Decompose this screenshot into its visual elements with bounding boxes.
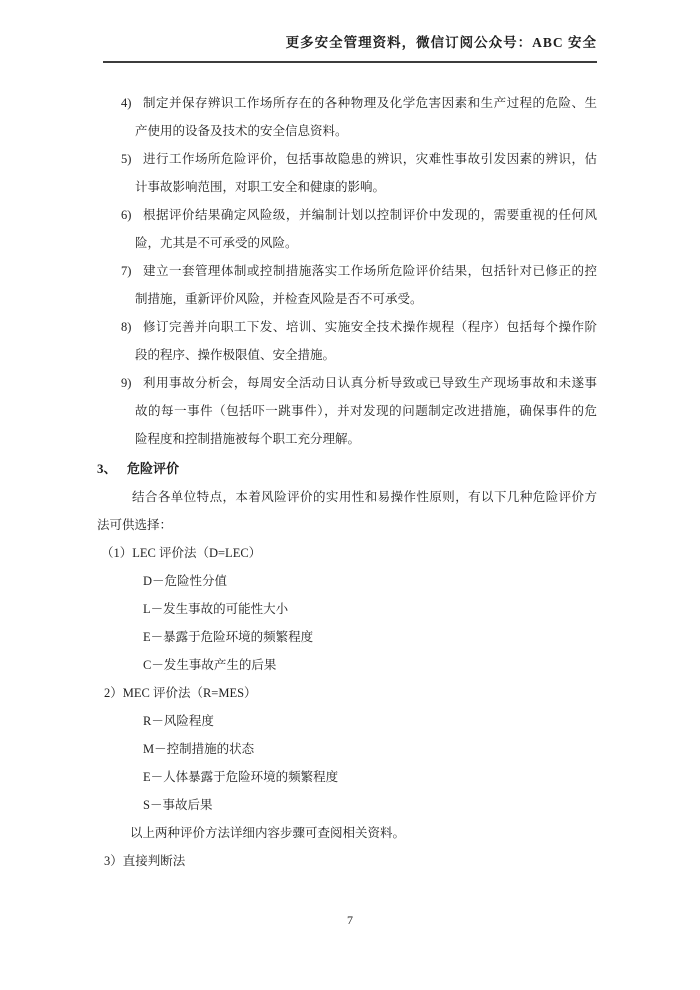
method-sub-item: C－发生事故产生的后果 bbox=[97, 651, 597, 679]
list-item-line: 险程度和控制措施被每个职工充分理解。 bbox=[97, 425, 597, 453]
list-item-line: 7) 建立一套管理体制或控制措施落实工作场所危险评价结果，包括针对已修正的控 bbox=[97, 257, 597, 285]
list-item-text: 修订完善并向职工下发、培训、实施安全技术操作规程（程序）包括每个操作阶 bbox=[143, 320, 597, 334]
list-item-line: 制措施，重新评价风险，并检查风险是否不可承受。 bbox=[97, 285, 597, 313]
section-heading: 3、危险评价 bbox=[97, 455, 597, 483]
methods-note: 以上两种评价方法详细内容步骤可查阅相关资料。 bbox=[97, 819, 597, 847]
method-sub-item: L－发生事故的可能性大小 bbox=[97, 595, 597, 623]
list-item-line: 4) 制定并保存辨识工作场所存在的各种物理及化学危害因素和生产过程的危险、生 bbox=[97, 89, 597, 117]
document-page: 更多安全管理资料，微信订阅公众号：ABC 安全 4) 制定并保存辨识工作场所存在… bbox=[0, 0, 700, 990]
list-item-line: 6) 根据评价结果确定风险级，并编制计划以控制评价中发现的，需要重视的任何风 bbox=[97, 201, 597, 229]
list-item-text: 利用事故分析会，每周安全活动日认真分析导致或已导致生产现场事故和未遂事 bbox=[143, 376, 597, 390]
list-item-number: 8) bbox=[121, 313, 131, 341]
list-item-line: 段的程序、操作极限值、安全措施。 bbox=[97, 341, 597, 369]
section-title: 危险评价 bbox=[127, 461, 179, 476]
list-item-text: 根据评价结果确定风险级，并编制计划以控制评价中发现的，需要重视的任何风 bbox=[143, 208, 597, 222]
list-item-text: 制定并保存辨识工作场所存在的各种物理及化学危害因素和生产过程的危险、生 bbox=[143, 96, 597, 110]
method-sub-item: E－人体暴露于危险环境的频繁程度 bbox=[97, 763, 597, 791]
method-label-direct: 3）直接判断法 bbox=[97, 847, 597, 875]
list-item-line: 9) 利用事故分析会，每周安全活动日认真分析导致或已导致生产现场事故和未遂事 bbox=[97, 369, 597, 397]
list-item-line: 8) 修订完善并向职工下发、培训、实施安全技术操作规程（程序）包括每个操作阶 bbox=[97, 313, 597, 341]
method-label-mec: 2）MEC 评价法（R=MES） bbox=[97, 679, 597, 707]
paragraph-line: 法可供选择： bbox=[97, 511, 597, 539]
list-item-number: 9) bbox=[121, 369, 131, 397]
method-label-lec: （1）LEC 评价法（D=LEC） bbox=[97, 539, 597, 567]
list-item-number: 5) bbox=[121, 145, 131, 173]
paragraph-line: 结合各单位特点，本着风险评价的实用性和易操作性原则，有以下几种危险评价方 bbox=[97, 483, 597, 511]
list-item-number: 6) bbox=[121, 201, 131, 229]
list-item-text: 进行工作场所危险评价，包括事故隐患的辨识，灾难性事故引发因素的辨识，估 bbox=[143, 152, 597, 166]
list-item-number: 7) bbox=[121, 257, 131, 285]
header-divider bbox=[103, 61, 597, 63]
method-sub-item: D－危险性分值 bbox=[97, 567, 597, 595]
method-sub-item: E－暴露于危险环境的频繁程度 bbox=[97, 623, 597, 651]
list-item-line: 计事故影响范围，对职工安全和健康的影响。 bbox=[97, 173, 597, 201]
method-sub-item: M－控制措施的状态 bbox=[97, 735, 597, 763]
document-content: 4) 制定并保存辨识工作场所存在的各种物理及化学危害因素和生产过程的危险、生 产… bbox=[97, 89, 597, 875]
section-number: 3、 bbox=[97, 455, 127, 483]
list-item-number: 4) bbox=[121, 89, 131, 117]
list-item-line: 故的每一事件（包括吓一跳事件），并对发现的问题制定改进措施，确保事件的危 bbox=[97, 397, 597, 425]
list-item-line: 险，尤其是不可承受的风险。 bbox=[97, 229, 597, 257]
list-item-text: 建立一套管理体制或控制措施落实工作场所危险评价结果，包括针对已修正的控 bbox=[143, 264, 597, 278]
list-item-line: 产使用的设备及技术的安全信息资料。 bbox=[97, 117, 597, 145]
list-item-line: 5) 进行工作场所危险评价，包括事故隐患的辨识，灾难性事故引发因素的辨识，估 bbox=[97, 145, 597, 173]
method-sub-item: S－事故后果 bbox=[97, 791, 597, 819]
page-number: 7 bbox=[0, 906, 700, 934]
method-sub-item: R－风险程度 bbox=[97, 707, 597, 735]
header-promo-text: 更多安全管理资料，微信订阅公众号：ABC 安全 bbox=[97, 31, 597, 51]
